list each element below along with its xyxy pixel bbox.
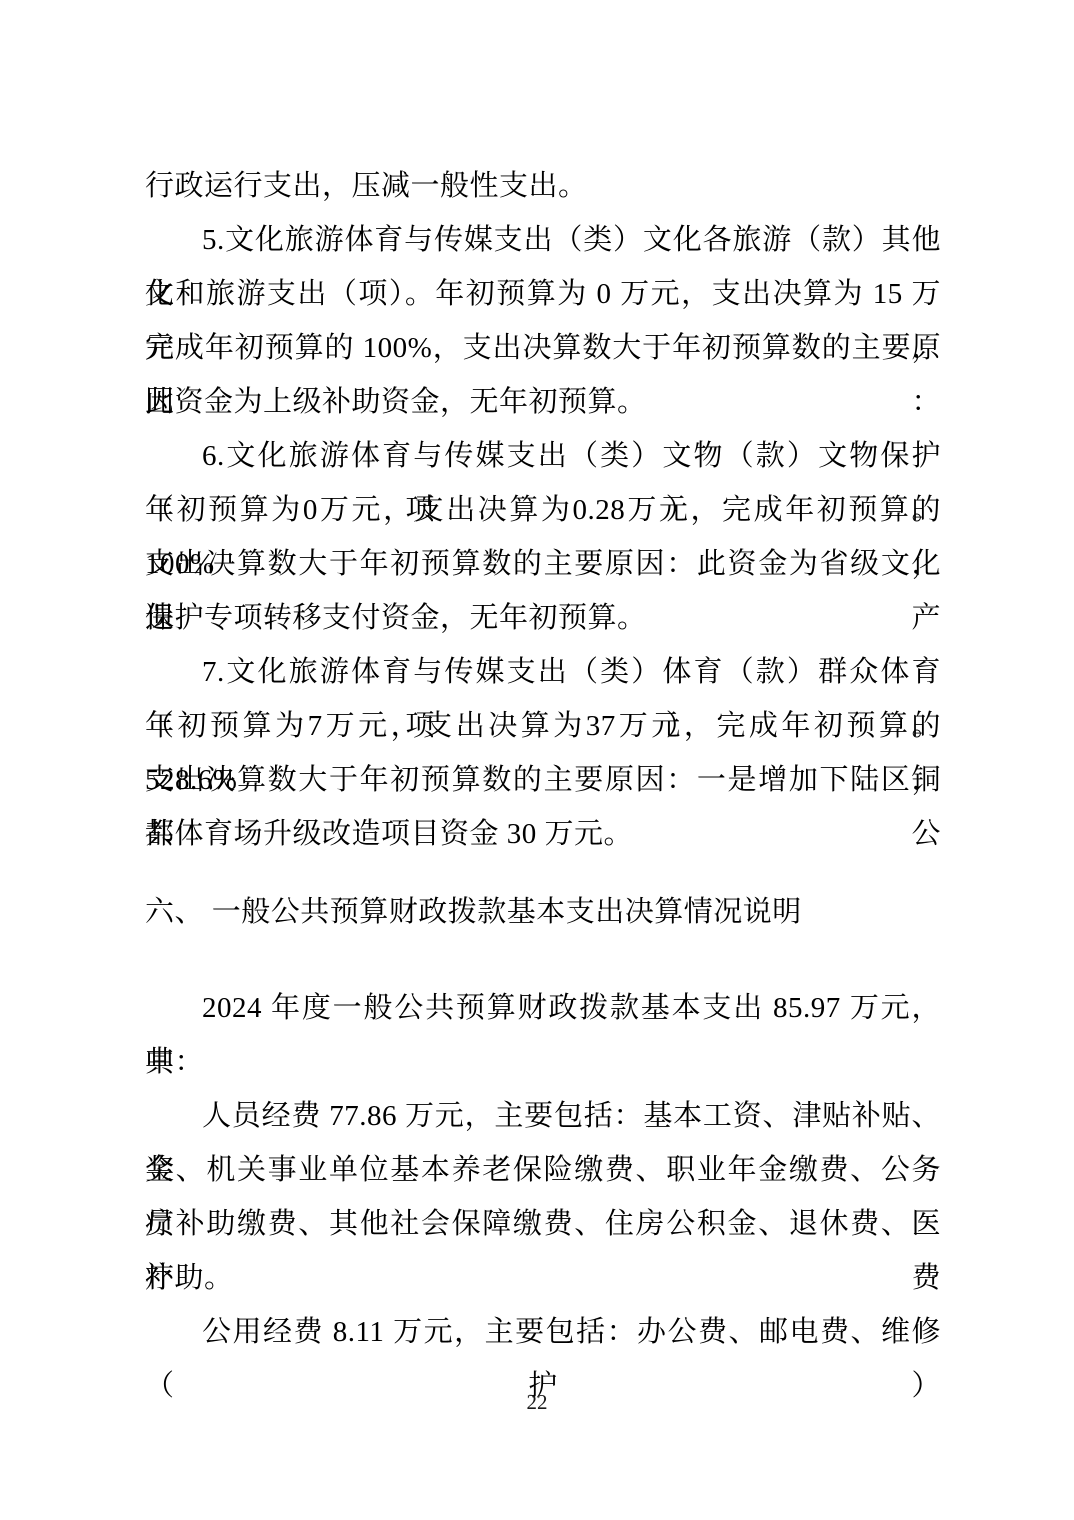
text-line: 公用经费 8.11 万元，主要包括：办公费、邮电费、维修（护）: [145, 1305, 941, 1359]
text-line: 支出决算数大于年初预算数的主要原因：一是增加下陆区铜都公: [145, 753, 941, 807]
page-number: 22: [0, 1388, 1074, 1416]
text-line: 金、机关事业单位基本养老保险缴费、职业年金缴费、公务员医: [145, 1143, 941, 1197]
text-line: 支出决算数大于年初预算数的主要原因：此资金为省级文化遗产: [145, 537, 941, 591]
text-line: 6.文化旅游体育与传媒支出（类）文物（款）文物保护（项）。: [145, 429, 941, 483]
text-line: 完成年初预算的 100%，支出决算数大于年初预算数的主要原因：: [145, 321, 941, 375]
text-line: 年初预算为7万元，支出决算为37万元，完成年初预算的528.6%，: [145, 699, 941, 753]
text-line: 年初预算为0万元，支出决算为0.28万元，完成年初预算的100%，: [145, 483, 941, 537]
text-line: 人员经费 77.86 万元，主要包括：基本工资、津贴补贴、奖: [145, 1089, 941, 1143]
text-line: 7.文化旅游体育与传媒支出（类）体育（款）群众体育（项）。: [145, 645, 941, 699]
text-line: 化和旅游支出（项）。年初预算为 0 万元，支出决算为 15 万元，: [145, 267, 941, 321]
text-line: 疗补助缴费、其他社会保障缴费、住房公积金、退休费、医疗费: [145, 1197, 941, 1251]
document-page: 行政运行支出，压减一般性支出。 5.文化旅游体育与传媒支出（类）文化各旅游（款）…: [0, 0, 1074, 1520]
text-line: 2024 年度一般公共预算财政拨款基本支出 85.97 万元，其: [145, 981, 941, 1035]
text-block: 行政运行支出，压减一般性支出。 5.文化旅游体育与传媒支出（类）文化各旅游（款）…: [145, 159, 941, 1359]
section-heading: 六、 一般公共预算财政拨款基本支出决算情况说明: [145, 885, 941, 939]
text-line: 5.文化旅游体育与传媒支出（类）文化各旅游（款）其他文: [145, 213, 941, 267]
text-line: 行政运行支出，压减一般性支出。: [145, 159, 941, 213]
text-line: 中：: [145, 1035, 941, 1089]
